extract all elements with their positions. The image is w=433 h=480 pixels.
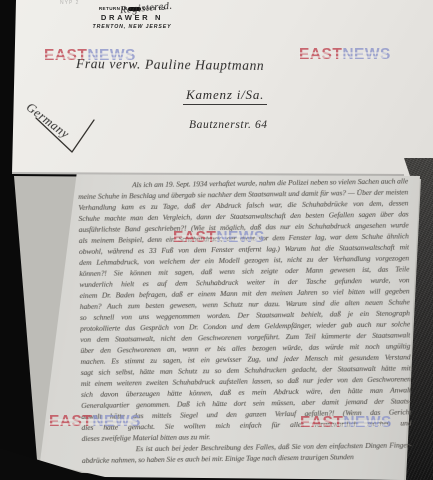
watermark-east: EAST: [173, 229, 216, 246]
envelope-faint-mark: NYP 2: [60, 0, 79, 6]
watermark-stripe: [299, 52, 387, 54]
watermark-news: NEWS: [216, 229, 265, 246]
watermark-stripe: [49, 419, 137, 421]
address-line-city: Kamenz i/Sa.: [183, 87, 267, 105]
address-line-street: Bautznerstr. 64: [189, 119, 268, 131]
east-news-watermark: EASTNEWS: [173, 230, 261, 245]
watermark-east: EAST: [299, 46, 342, 63]
east-news-watermark: EASTNEWS: [300, 415, 388, 430]
germany-flourish: [30, 108, 100, 160]
watermark-stripe: [44, 57, 132, 59]
watermark-stripe: [299, 56, 387, 58]
watermark-news: NEWS: [343, 414, 392, 431]
watermark-stripe: [300, 424, 388, 426]
east-news-watermark: EASTNEWS: [44, 48, 132, 63]
watermark-stripe: [300, 420, 388, 422]
watermark-stripe: [173, 235, 261, 237]
watermark-news: NEWS: [342, 46, 391, 63]
east-news-watermark: EASTNEWS: [299, 47, 387, 62]
watermark-news: NEWS: [92, 413, 141, 430]
watermark-east: EAST: [300, 414, 343, 431]
watermark-news: NEWS: [87, 47, 136, 64]
watermark-stripe: [173, 239, 261, 241]
watermark-east: EAST: [44, 47, 87, 64]
watermark-stripe: [44, 53, 132, 55]
return-address-line3: TRENTON, NEW JERSEY: [82, 24, 182, 30]
watermark-stripe: [49, 423, 137, 425]
east-news-watermark: EASTNEWS: [49, 414, 137, 429]
watermark-east: EAST: [49, 413, 92, 430]
